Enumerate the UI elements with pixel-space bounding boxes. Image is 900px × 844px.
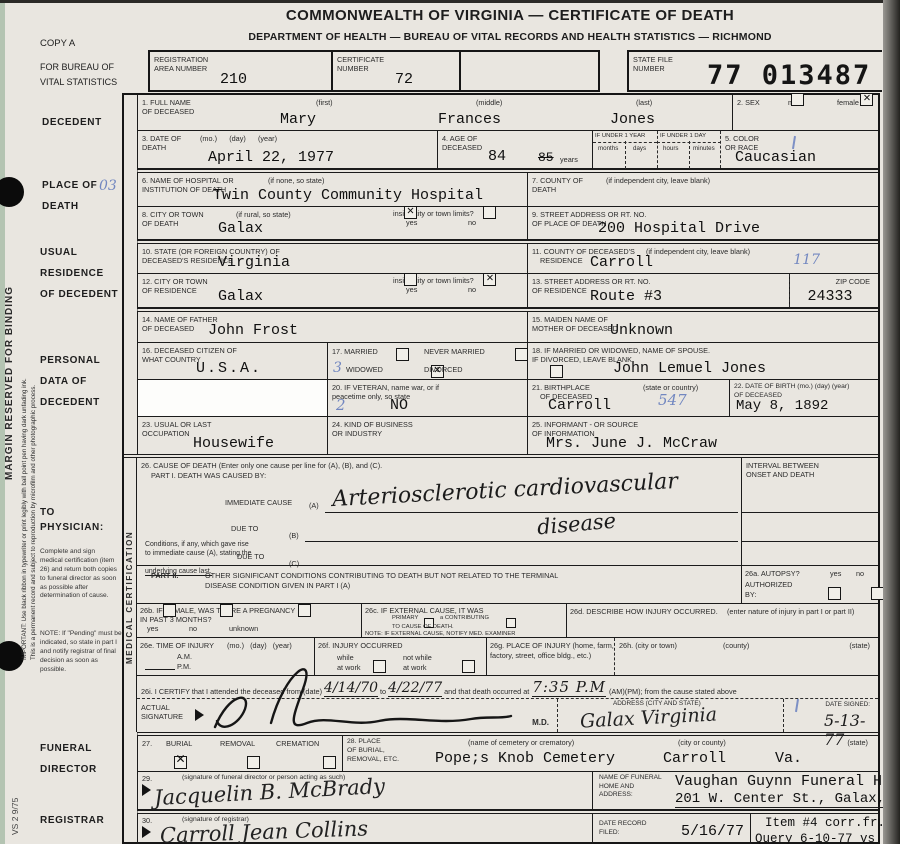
line-a-label: (A) — [309, 501, 319, 510]
field-interval: INTERVAL BETWEEN ONSET AND DEATH — [742, 458, 878, 565]
certificate-number-label: CERTIFICATE NUMBER — [337, 55, 384, 74]
margin-important-1: IMPORTANT: Use black ribbon in typewrite… — [21, 120, 28, 660]
interval-line-b — [742, 541, 878, 542]
burial-checkbox[interactable]: ✕ — [174, 756, 187, 769]
signature-arrow-icon — [195, 709, 204, 721]
autopsy-no-label: no — [856, 569, 864, 578]
time-of-death-value: 7:35 P.M — [532, 678, 606, 697]
field-injury-description: 26d. DESCRIBE HOW INJURY OCCURRED. (ente… — [567, 604, 878, 638]
widowed-label: WIDOWED — [346, 365, 383, 374]
field-funeral-home: NAME OF FUNERAL HOME AND ADDRESS: Vaugha… — [593, 772, 878, 809]
interval-line-a — [742, 512, 878, 513]
under-one-year-block: IF UNDER 1 YEAR months days — [593, 131, 658, 168]
limits-yes-label-res: yes — [406, 285, 417, 294]
occupation-value: Housewife — [193, 435, 274, 452]
field-date-of-death: 3. DATE OF DEATH (mo.) (day) (year) Apri… — [138, 131, 438, 168]
limits-no-checkbox-death[interactable] — [483, 206, 496, 219]
injury-city-label: 26h. (city or town) — [619, 641, 677, 650]
blue-code-veteran: 2 — [336, 396, 346, 414]
immediate-cause-label: IMMEDIATE CAUSE — [225, 498, 292, 507]
limits-yes-checkbox-res[interactable] — [404, 273, 417, 286]
part2-label: PART II. — [151, 571, 178, 580]
part1-label: PART I. DEATH WAS CAUSED BY: — [151, 471, 266, 480]
copy-label: COPY A — [40, 38, 75, 49]
row-certification: 26i. I CERTIFY that I attended the decea… — [137, 676, 878, 732]
field-cause-of-death: 26. CAUSE OF DEATH (Enter only one cause… — [137, 458, 742, 565]
row-pregnancy-external: 26b. IF FEMALE, WAS THERE A PREGNANCY IN… — [137, 604, 878, 639]
field-place-of-burial: 28. PLACE OF BURIAL, REMOVAL, ETC. (name… — [343, 736, 878, 771]
registration-area-value: 210 — [220, 71, 247, 88]
county-residence-value: Carroll — [590, 254, 653, 271]
injury-desc-label: 26d. DESCRIBE HOW INJURY OCCURRED. — [570, 607, 718, 616]
actual-signature-label: ACTUAL SIGNATURE — [141, 703, 183, 722]
field-informant: 25. INFORMANT - OR SOURCE OF INFORMATION… — [528, 417, 878, 454]
place-injury-label: 26g. PLACE OF INJURY (home, farm, factor… — [490, 641, 614, 660]
county-residence-sublabel: (if independent city, leave blank) — [646, 247, 750, 256]
blue-mark-race — [792, 136, 796, 149]
field-autopsy: 26a. AUTOPSY? yes no AUTHORIZED BY: — [742, 566, 878, 602]
burial-label: BURIAL — [166, 739, 192, 748]
hospital-value: Twin County Community Hospital — [213, 187, 483, 204]
color-race-value: Caucasian — [735, 149, 816, 166]
time-injury-sublabels: (mo.) (day) (year) — [227, 641, 292, 650]
limits-no-checkbox-res[interactable]: ✕ — [483, 273, 496, 286]
field-date-filed: DATE RECORD FILED: 5/16/77 — [593, 814, 751, 844]
injury-occurred-label: 26f. INJURY OCCURRED — [318, 641, 402, 650]
injury-county-label: (county) — [723, 641, 749, 650]
mother-value: Unknown — [610, 322, 673, 339]
page-subtitle: DEPARTMENT OF HEALTH — BUREAU OF VITAL R… — [140, 31, 880, 43]
first-name-value: Mary — [280, 111, 316, 128]
certificate-form: 1. FULL NAME OF DECEASED (first) (middle… — [122, 93, 880, 844]
registration-box: REGISTRATION AREA NUMBER 210 CERTIFICATE… — [148, 50, 600, 92]
cause-handwriting-line1: Arteriosclerotic cardiovascular — [332, 469, 679, 512]
funeral-sig-arrow-icon — [142, 784, 151, 796]
field-registrar-signature: 30. (signature of registrar) Carroll Jea… — [138, 814, 593, 844]
limits-yes-mark-death: ✕ — [405, 206, 416, 217]
under-1-year-divider — [625, 141, 626, 169]
section-to-physician: TO PHYSICIAN: — [40, 505, 104, 535]
row-city-street-residence: 12. CITY OR TOWN OF RESIDENCE Galax insi… — [137, 274, 878, 308]
under-1-day-header-line — [657, 142, 721, 143]
pregnancy-unknown-checkbox[interactable] — [298, 604, 311, 617]
informant-value: Mrs. June J. McCraw — [546, 435, 717, 452]
sex-female-checkbox[interactable]: ✕ — [860, 93, 873, 106]
line-b-rule — [305, 541, 738, 542]
married-label: 17. MARRIED — [332, 347, 378, 356]
field-redacted-19 — [138, 380, 328, 416]
row-father-mother: 14. NAME OF FATHER OF DECEASED John Fros… — [137, 308, 878, 343]
field-mother-name: 15. MAIDEN NAME OF MOTHER OF DECEASED Un… — [528, 312, 878, 342]
field-veteran: 20. IF VETERAN, name war, or if peacetim… — [328, 380, 528, 416]
burial-mark: ✕ — [175, 754, 186, 765]
margin-important-2: This is a permanent record and subject t… — [30, 120, 37, 660]
scan-edge-right — [883, 0, 900, 844]
disposition-number: 27. — [142, 739, 152, 748]
street-death-value: 200 Hospital Drive — [598, 220, 760, 237]
row-cause-of-death: 26. CAUSE OF DEATH (Enter only one cause… — [137, 458, 878, 566]
limits-no-label-res: no — [468, 285, 476, 294]
burial-city-sublabel: (city or county) — [678, 738, 726, 747]
pregnancy-yes-label: yes — [147, 624, 158, 633]
age-label: 4. AGE OF DECEASED — [442, 134, 482, 153]
row-death-date-age: 3. DATE OF DEATH (mo.) (day) (year) Apri… — [137, 131, 878, 169]
city-death-value: Galax — [218, 220, 263, 237]
physician-note: Complete and sign medical certification … — [40, 548, 118, 601]
row-name-sex: 1. FULL NAME OF DECEASED (first) (middle… — [137, 95, 878, 131]
city-residence-label: 12. CITY OR TOWN OF RESIDENCE — [142, 277, 208, 296]
never-married-checkbox[interactable] — [515, 348, 528, 361]
first-label: (first) — [316, 98, 333, 107]
pregnancy-no-checkbox[interactable] — [220, 604, 233, 617]
field-zip: ZIP CODE 24333 — [789, 274, 879, 307]
death-certificate-scan: MARGIN RESERVED FOR BINDING IMPORTANT: U… — [0, 0, 900, 844]
section-personal: PERSONAL DATA OF DECEDENT — [40, 350, 100, 413]
md-label: M.D. — [532, 718, 549, 728]
veteran-value: NO — [390, 397, 408, 414]
state-file-box: STATE FILE NUMBER 77 013487 — [627, 50, 882, 92]
business-label: 24. KIND OF BUSINESS OR INDUSTRY — [332, 420, 413, 439]
blue-code-place: 03 — [99, 178, 117, 194]
row-hospital-county: 6. NAME OF HOSPITAL OR INSTITUTION OF DE… — [137, 169, 878, 207]
mother-label: 15. MAIDEN NAME OF MOTHER OF DECEASED — [532, 315, 618, 334]
under-1-year-header-line — [593, 142, 657, 143]
pregnancy-unknown-label: unknown — [229, 624, 258, 633]
sex-female-label: female — [837, 98, 859, 107]
injury-state-label: (state) — [849, 641, 870, 650]
date-filed-value: 5/16/77 — [681, 823, 744, 840]
middle-label: (middle) — [476, 98, 502, 107]
signature-strip: ACTUAL SIGNATURE M.D. ADDRESS (CITY AND … — [137, 698, 878, 732]
actual-signature-cell: ACTUAL SIGNATURE M.D. — [137, 699, 558, 732]
pregnancy-yes-checkbox[interactable] — [163, 604, 176, 617]
age-struck-value: 85 — [538, 150, 554, 165]
field-injury-location: 26h. (city or town) (county) (state) — [615, 638, 878, 674]
burial-state-value: Va. — [775, 750, 802, 767]
address-value[interactable]: Galax Virginia — [580, 703, 718, 732]
citizen-value: U.S.A. — [196, 360, 262, 377]
section-place-of-death: PLACE OF DEATH — [42, 175, 97, 217]
date-filed-label: DATE RECORD FILED: — [599, 820, 647, 837]
medical-vertical-label: MEDICAL CERTIFICATION — [125, 468, 134, 726]
funeral-home-address: 201 W. Center St., Galax, Va. — [675, 791, 900, 808]
field-county-of-death: 7. COUNTY OF DEATH (if independent city,… — [528, 173, 878, 206]
zip-label: ZIP CODE — [836, 277, 870, 286]
contributing-label: a CONTRIBUTING — [440, 615, 489, 623]
bureau-label: FOR BUREAU OF VITAL STATISTICS — [40, 60, 117, 91]
date-signed-label: DATE SIGNED: — [825, 701, 870, 709]
field-correction-note: Item #4 corr.fr. Query 6-10-77 vs — [751, 813, 878, 844]
autopsy-label: 26a. AUTOPSY? — [745, 569, 800, 578]
cremation-checkbox[interactable] — [323, 756, 336, 769]
external-note-label: NOTE: IF EXTERNAL CAUSE, NOTIFY MED. EXA… — [365, 631, 515, 639]
city-residence-value: Galax — [218, 288, 263, 305]
father-label: 14. NAME OF FATHER OF DECEASED — [142, 315, 218, 334]
registration-empty-cell — [461, 52, 598, 90]
section-funeral-director: FUNERAL DIRECTOR — [40, 738, 97, 780]
field-external-cause: 26c. IF EXTERNAL CAUSE, IT WAS PRIMARY a… — [362, 604, 567, 638]
part2-text: OTHER SIGNIFICANT CONDITIONS CONTRIBUTIN… — [205, 571, 558, 590]
veteran-label: 20. IF VETERAN, name war, or if peacetim… — [332, 383, 439, 402]
under-1-day-divider — [689, 141, 690, 169]
certificate-number-value: 72 — [395, 71, 413, 88]
certify-suffix: (AM)(PM); from the cause stated above — [609, 687, 737, 696]
due-to-c-label: DUE TO — [237, 552, 264, 561]
divorced-label: DIVORCED — [424, 365, 463, 374]
row-part2-autopsy: PART II. OTHER SIGNIFICANT CONDITIONS CO… — [137, 566, 878, 603]
certificate-number-cell: CERTIFICATE NUMBER 72 — [333, 52, 461, 90]
county-death-label: 7. COUNTY OF DEATH — [532, 176, 583, 195]
birthplace-value: Carroll — [548, 397, 611, 414]
funeral-sig-number: 29. — [142, 774, 152, 783]
sex-male-checkbox[interactable] — [791, 93, 804, 106]
burial-state-sublabel: (state) — [847, 738, 868, 747]
field-occupation: 23. USUAL OR LAST OCCUPATION Housewife — [138, 417, 328, 454]
burial-city-value: Carroll — [663, 750, 726, 767]
row-city-street-death: 8. CITY OR TOWN OF DEATH (if rural, so s… — [137, 207, 878, 240]
header: COMMONWEALTH OF VIRGINIA — CERTIFICATE O… — [140, 7, 880, 43]
redaction-whiteout — [138, 380, 327, 416]
cause-label: 26. CAUSE OF DEATH (Enter only one cause… — [141, 461, 382, 470]
age-value: 84 — [488, 148, 506, 165]
date-of-death-sublabels: (mo.) (day) (year) — [200, 134, 277, 143]
county-residence-label2: RESIDENCE — [540, 256, 583, 265]
cause-handwriting-line2: disease — [536, 509, 617, 540]
time-injury-label: 26e. TIME OF INJURY — [140, 641, 214, 650]
injury-desc-sublabel: (enter nature of injury in part I or par… — [727, 607, 854, 616]
field-age: 4. AGE OF DECEASED 84 85 years — [438, 131, 593, 168]
field-sex: 2. SEX male female ✕ — [733, 95, 878, 130]
last-label: (last) — [636, 98, 652, 107]
field-father-name: 14. NAME OF FATHER OF DECEASED John Fros… — [138, 312, 528, 342]
line-a-rule — [325, 512, 738, 513]
interval-label: INTERVAL BETWEEN ONSET AND DEATH — [746, 461, 819, 480]
spouse-value: John Lemuel Jones — [613, 360, 766, 377]
row-burial: 27. BURIAL REMOVAL CREMATION ✕ 28. PLACE… — [137, 732, 878, 772]
field-county-residence: 11. COUNTY OF DECEASED'S (if independent… — [528, 244, 878, 273]
never-married-label: NEVER MARRIED — [424, 347, 485, 356]
months-label: months — [598, 145, 618, 153]
row-veteran-birth: 20. IF VETERAN, name war, or if peacetim… — [137, 380, 878, 417]
field-street-residence: 13. STREET ADDRESS OR RT. NO. OF RESIDEN… — [528, 274, 790, 307]
registration-area-cell: REGISTRATION AREA NUMBER 210 — [150, 52, 333, 90]
section-registrar: REGISTRAR — [40, 810, 104, 831]
funeral-home-label: NAME OF FUNERAL HOME AND ADDRESS: — [599, 774, 662, 800]
primary-label: PRIMARY — [392, 615, 418, 623]
hospital-sublabel: (if none, so state) — [268, 176, 324, 185]
field-marital-status: 17. MARRIED NEVER MARRIED 3 WIDOWED ✕ DI… — [328, 343, 528, 379]
blue-mark-date-signed — [795, 699, 799, 712]
row-citizen-marital-spouse: 16. DECEASED CITIZEN OF WHAT COUNTRY U.S… — [137, 343, 878, 380]
row-occupation-informant: 23. USUAL OR LAST OCCUPATION Housewife 2… — [137, 417, 878, 454]
conditions-note-text: Conditions, if any, which gave rise to i… — [145, 541, 251, 557]
autopsy-yes-checkbox[interactable] — [828, 587, 841, 600]
cremation-label: CREMATION — [276, 739, 319, 748]
medical-certification-block: MEDICAL CERTIFICATION 26. CAUSE OF DEATH… — [124, 454, 878, 732]
city-death-sublabel: (if rural, so state) — [236, 210, 291, 219]
place-burial-label: 28. PLACE OF BURIAL, REMOVAL, ETC. — [347, 738, 399, 764]
autopsy-yes-label: yes — [830, 569, 841, 578]
zip-value: 24333 — [808, 288, 853, 305]
scan-edge-top — [0, 0, 900, 3]
field-disposition: 27. BURIAL REMOVAL CREMATION ✕ — [138, 736, 343, 771]
pregnancy-no-label: no — [189, 624, 197, 633]
registrar-sig-arrow-icon — [142, 826, 151, 838]
section-decedent: DECEDENT — [42, 112, 102, 133]
date-of-death-value: April 22, 1977 — [208, 149, 334, 166]
state-residence-value: Virginia — [218, 254, 290, 271]
row-registrar: 30. (signature of registrar) Carroll Jea… — [137, 810, 878, 844]
row-state-county-residence: 10. STATE (OR FOREIGN COUNTRY) OF DECEAS… — [137, 240, 878, 274]
form-number: VS 2 9/75 — [10, 755, 20, 835]
field-business: 24. KIND OF BUSINESS OR INDUSTRY — [328, 417, 528, 454]
limits-yes-checkbox-death[interactable]: ✕ — [404, 206, 417, 219]
middle-name-value: Frances — [438, 111, 501, 128]
field-funeral-signature: 29. (signature of funeral director or pe… — [138, 772, 593, 809]
limits-no-label-death: no — [468, 218, 476, 227]
field-city-residence: 12. CITY OR TOWN OF RESIDENCE Galax insi… — [138, 274, 528, 307]
sex-female-mark: ✕ — [861, 93, 872, 104]
field-state-residence: 10. STATE (OR FOREIGN COUNTRY) OF DECEAS… — [138, 244, 528, 273]
correction-note-line2: Query 6-10-77 vs — [755, 832, 875, 844]
removal-checkbox[interactable] — [247, 756, 260, 769]
street-residence-value: Route #3 — [590, 288, 662, 305]
field-under-one: IF UNDER 1 YEAR months days IF UNDER 1 D… — [593, 131, 721, 168]
limits-no-mark-res: ✕ — [484, 273, 495, 284]
field-color-race: 5. COLOR OR RACE Caucasian — [721, 131, 878, 168]
contributing-checkbox[interactable] — [506, 618, 516, 628]
date-of-birth-value: May 8, 1892 — [736, 398, 828, 414]
row-funeral-director: 29. (signature of funeral director or pe… — [137, 772, 878, 810]
minutes-label: minutes — [693, 145, 715, 153]
sex-label: 2. SEX — [737, 98, 760, 107]
state-file-number: 77 013487 — [707, 60, 871, 91]
removal-label: REMOVAL — [220, 739, 255, 748]
field-citizen: 16. DECEASED CITIZEN OF WHAT COUNTRY U.S… — [138, 343, 328, 379]
registrar-sig-number: 30. — [142, 816, 152, 825]
am-label: A.M. — [177, 652, 192, 661]
field-full-name: 1. FULL NAME OF DECEASED (first) (middle… — [138, 95, 733, 130]
father-value: John Frost — [208, 322, 298, 339]
line-b-label: (B) — [289, 531, 299, 540]
authorized-by-label: AUTHORIZED BY: — [745, 580, 792, 599]
pm-label: P.M. — [177, 662, 191, 671]
field-city-of-death: 8. CITY OR TOWN OF DEATH (if rural, so s… — [138, 207, 528, 239]
blue-code-marital: 3 — [333, 360, 342, 376]
blue-code-birthplace: 547 — [658, 391, 687, 409]
field-pregnancy: 26b. IF FEMALE, WAS THERE A PREGNANCY IN… — [137, 604, 362, 638]
under-1-day-label: IF UNDER 1 DAY — [660, 133, 706, 141]
address-cell: ADDRESS (CITY AND STATE) Galax Virginia — [558, 699, 784, 732]
field-hospital: 6. NAME OF HOSPITAL OR INSTITUTION OF DE… — [138, 173, 528, 206]
medical-rows: 26. CAUSE OF DEATH (Enter only one cause… — [137, 458, 878, 732]
married-checkbox[interactable] — [396, 348, 409, 361]
field-spouse: 18. IF MARRIED OR WIDOWED, NAME OF SPOUS… — [528, 343, 878, 379]
correction-note-line1: Item #4 corr.fr. — [765, 816, 885, 830]
pm-line — [145, 669, 175, 670]
medical-strip: MEDICAL CERTIFICATION — [124, 458, 137, 732]
page-title: COMMONWEALTH OF VIRGINIA — CERTIFICATE O… — [140, 7, 880, 24]
full-name-label: 1. FULL NAME OF DECEASED — [142, 98, 194, 117]
county-death-sublabel: (if independent city, leave blank) — [606, 176, 710, 185]
under-1-year-label: IF UNDER 1 YEAR — [595, 133, 645, 141]
margin-binding-text: MARGIN RESERVED FOR BINDING — [4, 150, 15, 480]
last-name-value: Jones — [610, 111, 655, 128]
field-street-of-death: 9. STREET ADDRESS OR RT. NO. OF PLACE OF… — [528, 207, 878, 239]
field-birthplace: 21. BIRTHPLACE (state or country) OF DEC… — [528, 380, 730, 416]
registration-area-label: REGISTRATION AREA NUMBER — [154, 55, 208, 74]
date-of-death-label: 3. DATE OF DEATH — [142, 134, 181, 153]
date-signed-cell: DATE SIGNED: 5-13-77 — [784, 699, 878, 732]
state-file-label: STATE FILE NUMBER — [633, 55, 673, 74]
cemetery-value: Pope;s Knob Cemetery — [435, 750, 615, 767]
field-part2: PART II. OTHER SIGNIFICANT CONDITIONS CO… — [137, 566, 742, 602]
field-date-of-birth: 22. DATE OF BIRTH (mo.) (day) (year) OF … — [730, 380, 878, 416]
cemetery-sublabel: (name of cemetery or crematory) — [468, 738, 574, 747]
city-death-label: 8. CITY OR TOWN OF DEATH — [142, 210, 204, 229]
blue-code-county: 117 — [793, 252, 820, 268]
days-label: days — [633, 145, 646, 153]
age-unit-label: years — [560, 155, 578, 164]
limits-yes-label-death: yes — [406, 218, 417, 227]
funeral-home-name: Vaughan Guynn Funeral Home — [675, 773, 900, 790]
under-one-day-block: IF UNDER 1 DAY hours minutes — [657, 131, 721, 168]
pending-note: NOTE: If "Pending" must be indicated, so… — [40, 630, 122, 674]
hours-label: hours — [663, 145, 678, 153]
section-residence: USUAL RESIDENCE OF DECEDENT — [40, 242, 118, 305]
